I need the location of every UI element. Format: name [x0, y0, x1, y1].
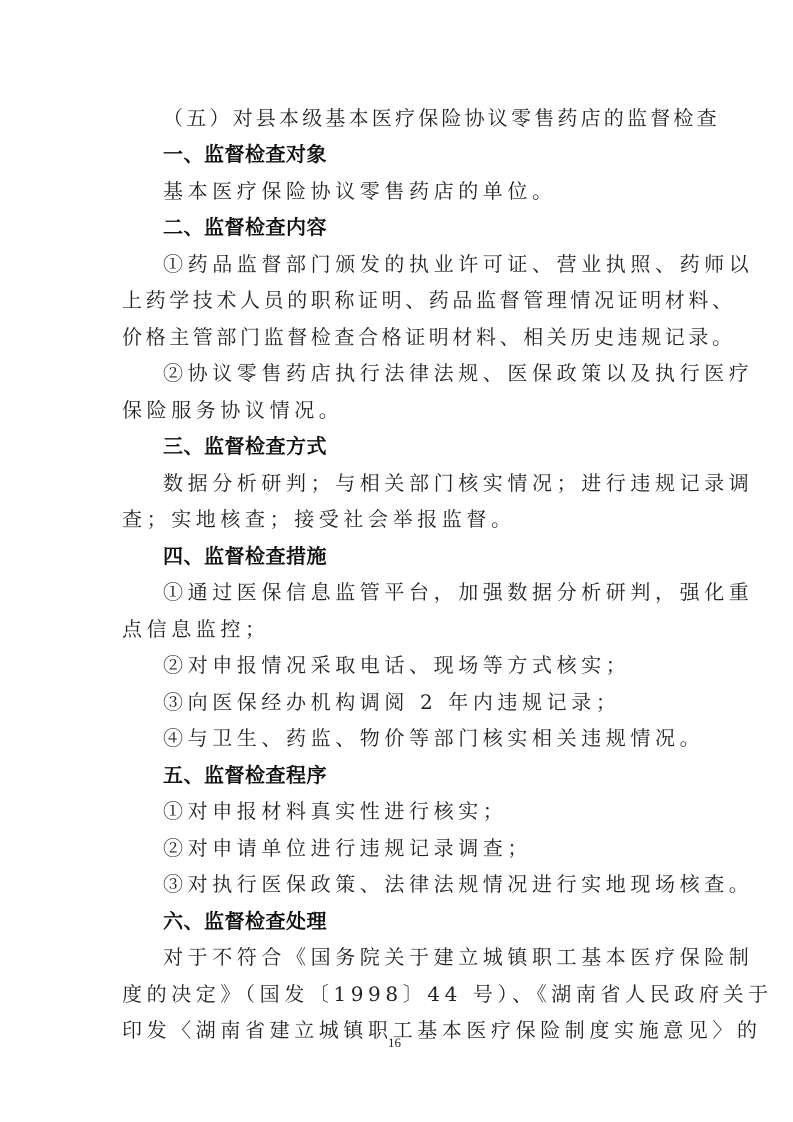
paragraph-line: ①通过医保信息监管平台，加强数据分析研判，强化重 [163, 580, 753, 604]
heading-supervision-measures: 四、监督检查措施 [163, 544, 327, 568]
paragraph-line: 基本医疗保险协议零售药店的单位。 [163, 179, 557, 203]
paragraph-line: 度的决定》（国发〔1998〕44 号）、《湖南省人民政府关于 [122, 982, 773, 1006]
heading-supervision-content: 二、监督检查内容 [163, 215, 327, 239]
heading-supervision-method: 三、监督检查方式 [163, 434, 327, 458]
paragraph-line: ②对申报情况采取电话、现场等方式核实； [163, 653, 630, 677]
paragraph-line: ④与卫生、药监、物价等部门核实相关违规情况。 [163, 726, 704, 750]
paragraph-line: 对于不符合《国务院关于建立城镇职工基本医疗保险制 [163, 945, 753, 969]
paragraph-line: 保险服务协议情况。 [122, 398, 343, 422]
heading-supervision-handling: 六、监督检查处理 [163, 909, 327, 933]
paragraph-line: 数据分析研判；与相关部门核实情况；进行违规记录调 [163, 471, 753, 495]
paragraph-line: ①药品监督部门颁发的执业许可证、营业执照、药师以 [163, 252, 753, 276]
paragraph-line: 上药学技术人员的职称证明、药品监督管理情况证明材料、 [122, 288, 736, 312]
paragraph-line: 价格主管部门监督检查合格证明材料、相关历史违规记录。 [122, 325, 736, 349]
paragraph-line: 点信息监控； [122, 617, 270, 641]
paragraph-line: ②协议零售药店执行法律法规、医保政策以及执行医疗 [163, 361, 753, 385]
paragraph-line: 查；实地核查；接受社会举报监督。 [122, 507, 516, 531]
page-number: 16 [388, 1035, 401, 1051]
paragraph-line: ③对执行医保政策、法律法规情况进行实地现场核查。 [163, 872, 753, 896]
paragraph-line: ①对申报材料真实性进行核实； [163, 799, 507, 823]
heading-supervision-object: 一、监督检查对象 [163, 142, 327, 166]
paragraph-line: ②对申请单位进行违规记录调查； [163, 836, 532, 860]
paragraph-line: 印发〈湖南省建立城镇职工基本医疗保险制度实施意见〉的 [122, 1018, 762, 1042]
section-title: （五）对县本级基本医疗保险协议零售药店的监督检查 [163, 106, 720, 130]
document-page: （五）对县本级基本医疗保险协议零售药店的监督检查 一、监督检查对象 基本医疗保险… [0, 0, 793, 1122]
heading-supervision-procedure: 五、监督检查程序 [163, 763, 327, 787]
paragraph-line: ③向医保经办机构调阅 2 年内违规记录； [163, 690, 620, 714]
